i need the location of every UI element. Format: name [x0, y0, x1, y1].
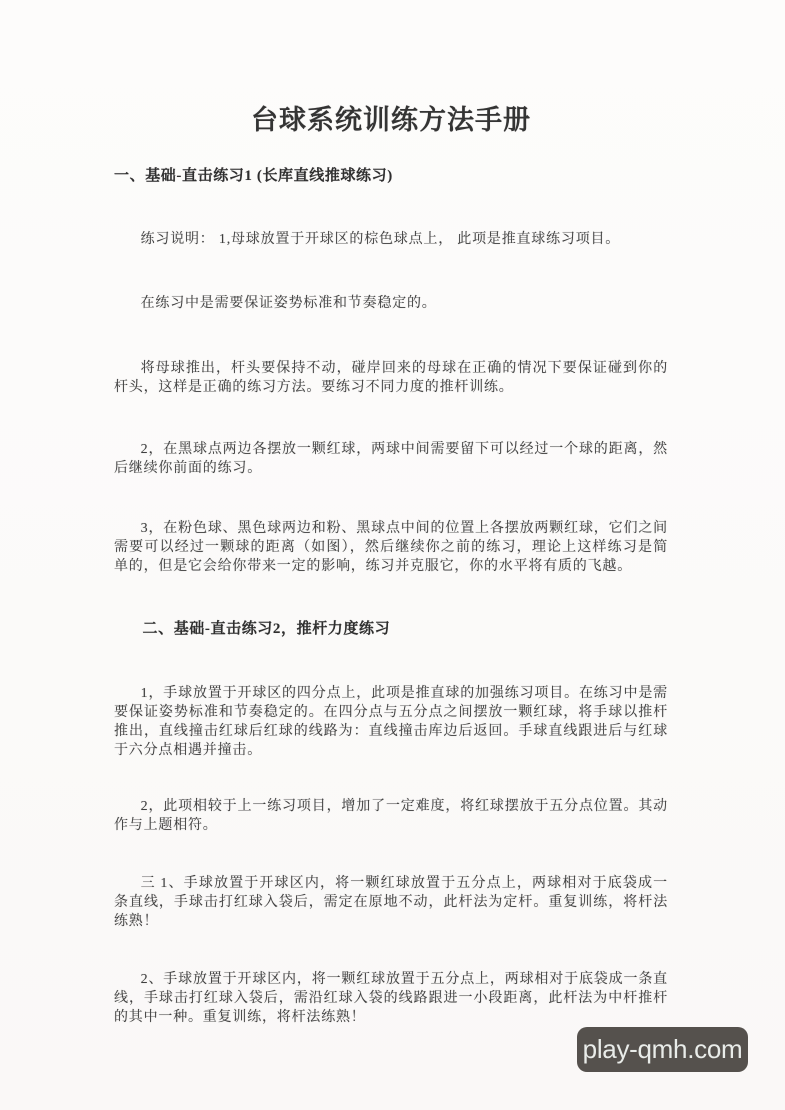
section-2-paragraph-1: 1，手球放置于开球区的四分点上，此项是推直球的加强练习项目。在练习中是需要保证姿…: [114, 684, 668, 760]
section-1-paragraph-2: 在练习中是需要保证姿势标准和节奏稳定的。: [114, 294, 668, 313]
section-1-heading: 一、基础-直击练习1 (长库直线推球练习): [114, 166, 668, 186]
section-2-paragraph-3: 三 1、手球放置于开球区内，将一颗红球放置于五分点上，两球相对于底袋成一条直线，…: [114, 874, 668, 931]
document-page: 台球系统训练方法手册 一、基础-直击练习1 (长库直线推球练习) 练习说明： 1…: [0, 0, 785, 1110]
section-1-paragraph-4: 2，在黑球点两边各摆放一颗红球，两球中间需要留下可以经过一个球的距离，然后继续你…: [114, 440, 668, 478]
section-2-heading: 二、基础-直击练习2，推杆力度练习: [114, 619, 668, 639]
section-1-paragraph-1: 练习说明： 1,母球放置于开球区的棕色球点上， 此项是推直球练习项目。: [114, 230, 668, 249]
document-content: 台球系统训练方法手册 一、基础-直击练习1 (长库直线推球练习) 练习说明： 1…: [114, 0, 668, 1027]
watermark-badge: play-qmh.com: [577, 1027, 748, 1072]
section-1-paragraph-5: 3，在粉色球、黑色球两边和粉、黑球点中间的位置上各摆放两颗红球，它们之间需要可以…: [114, 519, 668, 576]
section-1-paragraph-3: 将母球推出，杆头要保持不动，碰岸回来的母球在正确的情况下要保证碰到你的杆头，这样…: [114, 359, 668, 397]
document-title: 台球系统训练方法手册: [114, 104, 668, 136]
section-2-paragraph-2: 2，此项相较于上一练习项目，增加了一定难度，将红球摆放于五分点位置。其动作与上题…: [114, 797, 668, 835]
section-2-paragraph-4: 2、手球放置于开球区内，将一颗红球放置于五分点上，两球相对于底袋成一条直线，手球…: [114, 970, 668, 1027]
